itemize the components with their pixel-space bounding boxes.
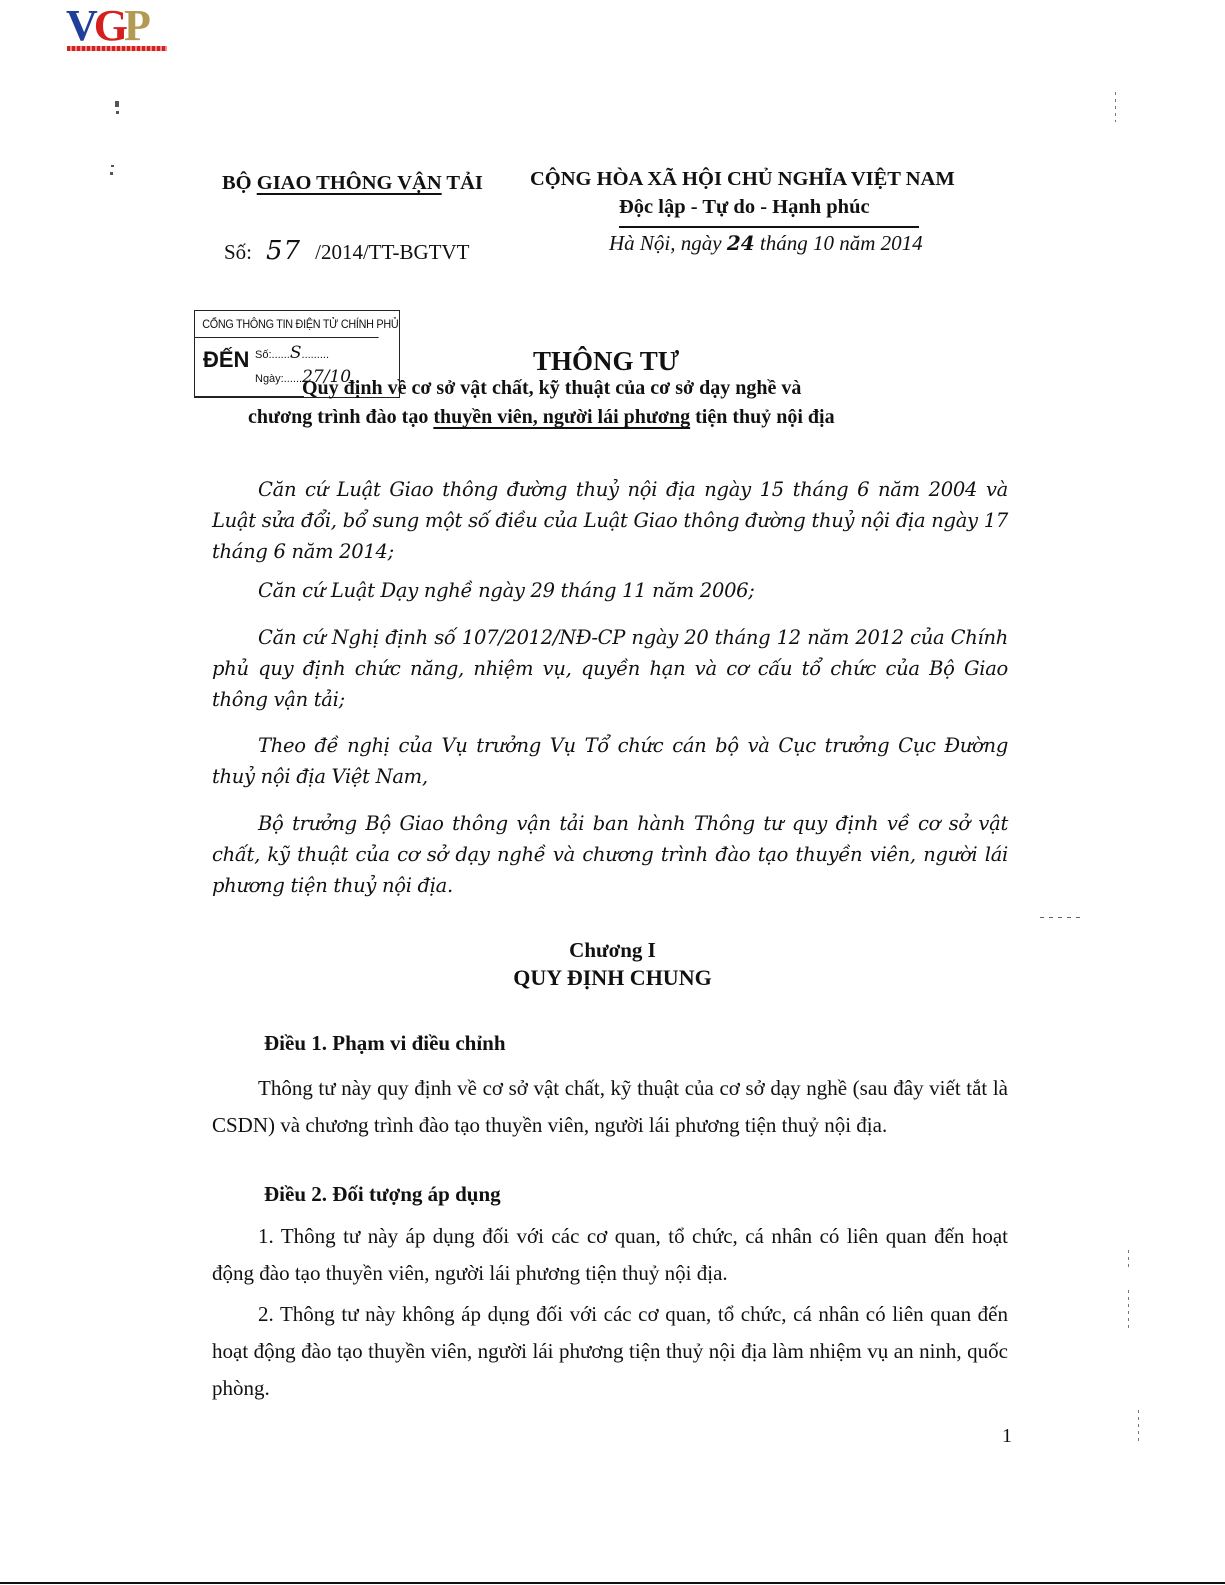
chapter-title: QUY ĐỊNH CHUNG [0,965,1225,991]
scan-speck [111,165,114,167]
place-date-day-handwritten: 24 [727,231,755,255]
subtitle-line2-prefix: chương trình đào tạo [248,406,433,428]
chapter-number: Chương I [0,938,1225,963]
stamp-so-trail: ......... [302,349,330,361]
scan-speck [116,111,119,114]
logo-letter-v: V [66,1,94,50]
scan-edge-mark [1138,1410,1139,1445]
national-motto: Độc lập - Tự do - Hạnh phúc [619,196,870,219]
doc-number-suffix: /2014/TT-BGTVT [315,240,469,264]
article-2-title: Điều 2. Đối tượng áp dụng [264,1182,501,1207]
scan-speck [110,172,113,175]
document-subtitle-line1: Quy định về cơ sở vật chất, kỹ thuật của… [302,377,801,400]
republic-name: CỘNG HÒA XÃ HỘI CHỦ NGHĨA VIỆT NAM [530,168,955,191]
preamble-3: Căn cứ Nghị định số 107/2012/NĐ-CP ngày … [212,622,1008,715]
article-1-title: Điều 1. Phạm vi điều chỉnh [264,1031,506,1056]
preamble-text: Căn cứ Nghị định số 107/2012/NĐ-CP ngày … [212,622,1008,715]
motto-underline [619,226,919,228]
article-paragraph: 1. Thông tư này áp dụng đối với các cơ q… [212,1218,1008,1292]
document-subtitle-line2: chương trình đào tạo thuyền viên, người … [248,406,835,429]
logo-letters: VGP [66,6,171,46]
scan-speck [1040,917,1080,918]
stamp-so-label: Số:...... [255,349,290,361]
ministry-name: BỘ GIAO THÔNG VẬN TẢI [222,172,483,195]
document-title: THÔNG TƯ [533,346,679,377]
stamp-den-label: ĐẾN [203,347,249,373]
article-paragraph: Thông tư này quy định về cơ sở vật chất,… [212,1070,1008,1144]
logo-tagline [67,46,167,51]
logo-letter-g: G [94,1,124,50]
preamble-2: Căn cứ Luật Dạy nghề ngày 29 tháng 11 nă… [212,575,1008,606]
article-2-clause-2: 2. Thông tư này không áp dụng đối với cá… [212,1296,1008,1407]
document-number: Số:57/2014/TT-BGTVT [224,236,470,266]
scan-edge-mark [1115,92,1116,122]
logo-letter-p: P [124,1,147,50]
place-date-prefix: Hà Nội, ngày [609,231,727,255]
vgp-logo: VGP [66,6,171,52]
subtitle-line2-underlined: thuyền viên, người lái phương [433,406,690,428]
preamble-text: Căn cứ Luật Giao thông đường thuỷ nội đị… [212,474,1008,567]
preamble-text: Bộ trưởng Bộ Giao thông vận tải ban hành… [212,808,1008,901]
doc-number-handwritten: 57 [266,236,301,266]
page-number: 1 [1002,1425,1012,1448]
preamble-5: Bộ trưởng Bộ Giao thông vận tải ban hành… [212,808,1008,901]
stamp-ngay-label: Ngày:...... [255,373,302,385]
scan-bottom-edge [0,1582,1225,1584]
place-date-suffix: tháng 10 năm 2014 [755,231,923,255]
preamble-4: Theo đề nghị của Vụ trưởng Vụ Tổ chức cá… [212,730,1008,792]
preamble-text: Căn cứ Luật Dạy nghề ngày 29 tháng 11 nă… [212,575,1008,606]
stamp-number-field: Số:......S......... [255,343,329,363]
preamble-1: Căn cứ Luật Giao thông đường thuỷ nội đị… [212,474,1008,567]
scan-speck [115,101,119,107]
stamp-so-value: S [290,343,302,363]
scan-edge-mark [1128,1250,1129,1270]
doc-number-label: Số: [224,240,252,264]
article-paragraph: 2. Thông tư này không áp dụng đối với cá… [212,1296,1008,1407]
stamp-header: CỔNG THÔNG TIN ĐIỆN TỬ CHÍNH PHỦ [195,311,379,338]
ministry-underlined: GIAO THÔNG VẬN [257,172,442,194]
preamble-text: Theo đề nghị của Vụ trưởng Vụ Tổ chức cá… [212,730,1008,792]
ministry-prefix: BỘ [222,172,257,194]
stamp-rule [194,396,304,398]
scan-edge-mark [1128,1290,1129,1330]
subtitle-line2-suffix: tiện thuỷ nội địa [690,406,834,428]
article-1-body: Thông tư này quy định về cơ sở vật chất,… [212,1070,1008,1144]
article-2-clause-1: 1. Thông tư này áp dụng đối với các cơ q… [212,1218,1008,1292]
ministry-suffix: TẢI [442,172,483,194]
place-date: Hà Nội, ngày 24 tháng 10 năm 2014 [609,231,923,256]
